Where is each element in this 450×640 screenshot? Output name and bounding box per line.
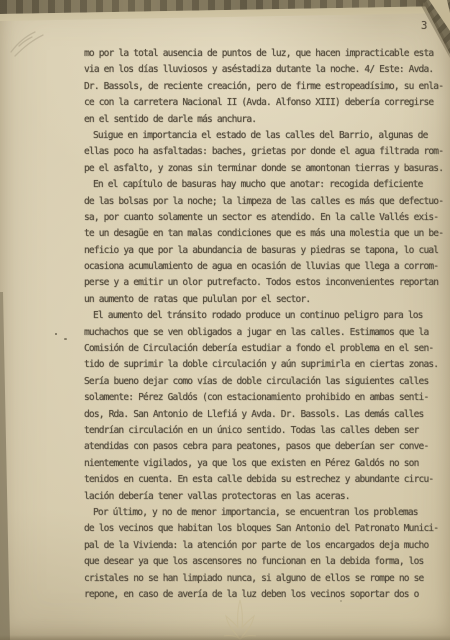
text-line: tendrían circulación en un único sentido… <box>84 423 450 439</box>
dust-speck <box>167 83 169 85</box>
text-line: Dr. Bassols, de reciente creación, pero … <box>84 79 450 95</box>
scanned-typewritten-page: 3 mo por la total ausencia de puntos de … <box>0 0 450 640</box>
pencil-scribble <box>4 16 64 64</box>
text-line: solamente: Pérez Galdós (con estacionami… <box>84 390 450 406</box>
text-line: lación debería tener vallas protectoras … <box>84 489 450 505</box>
text-line: sa, por cuanto solamente un sector es at… <box>84 210 450 226</box>
text-line: dos, Rda. San Antonio de Llefiá y Avda. … <box>84 407 450 423</box>
text-line: nientemente vigilados, ya que los que ex… <box>84 456 450 472</box>
text-line: En el capítulo de basuras hay mucho que … <box>84 177 450 193</box>
page-number: 3 <box>421 20 427 32</box>
text-line: via en los días lluviosos y aséstadiza d… <box>84 62 450 78</box>
text-line: tido de suprimir la doble circulación y … <box>84 357 450 373</box>
text-line: tenidos en cuenta. En esta calle debida … <box>84 472 450 488</box>
text-line: pe el asfalto, y zonas sin terminar dond… <box>84 161 450 177</box>
scan-edge-bottom <box>0 635 450 640</box>
text-line: de los vecinos que habitan los bloques S… <box>84 521 450 537</box>
paragraph: En el capítulo de basuras hay mucho que … <box>84 177 450 308</box>
text-line: pal de la Vivienda: la atención por part… <box>84 538 450 554</box>
text-line: cristales no se han limpiado nunca, si a… <box>84 571 450 587</box>
paragraph: Por último, y no de menor importancia, s… <box>84 505 450 603</box>
text-line: un aumento de ratas que pululan por el s… <box>84 292 450 308</box>
text-line: El aumento del tránsito rodado produce u… <box>84 308 450 324</box>
typewritten-text: mo por la total ausencia de puntos de lu… <box>84 46 450 603</box>
text-line: te un desagüe en tan malas condiciones q… <box>84 226 450 242</box>
text-line: de las bolsas por la noche; la limpeza d… <box>84 194 450 210</box>
dust-speck <box>64 338 67 340</box>
dust-speck <box>340 600 342 602</box>
paragraph: mo por la total ausencia de puntos de lu… <box>84 46 450 128</box>
text-line: ce con la carretera Nacional II (Avda. A… <box>84 95 450 111</box>
dust-speck <box>55 333 57 335</box>
text-line: perse y a emitir un olor putrefacto. Tod… <box>84 275 450 291</box>
text-line: Sería bueno dejar como vías de doble cir… <box>84 374 450 390</box>
text-line: en el sentido de darle más anchura. <box>84 112 450 128</box>
text-line: ocasiona acumulamiento de agua en ocasió… <box>84 259 450 275</box>
text-line: Suigue en importancia el estado de las c… <box>84 128 450 144</box>
text-line: muchachos que se ven obligados a jugar e… <box>84 325 450 341</box>
scan-edge-left <box>0 0 12 640</box>
text-line: ellas poco ha asfaltadas: baches, grieta… <box>84 144 450 160</box>
text-line: neficio ya que por la abundancia de basu… <box>84 243 450 259</box>
paragraph: Suigue en importancia el estado de las c… <box>84 128 450 177</box>
paragraph: El aumento del tránsito rodado produce u… <box>84 308 450 505</box>
paper-watermark <box>204 596 276 640</box>
text-line: mo por la total ausencia de puntos de lu… <box>84 46 450 62</box>
text-line: atendidas con pasos cebra para peatones,… <box>84 439 450 455</box>
text-line: Por último, y no de menor importancia, s… <box>84 505 450 521</box>
text-line: que desear ya que los ascensores no func… <box>84 554 450 570</box>
text-line: Comisión de Circulación debería estudiar… <box>84 341 450 357</box>
